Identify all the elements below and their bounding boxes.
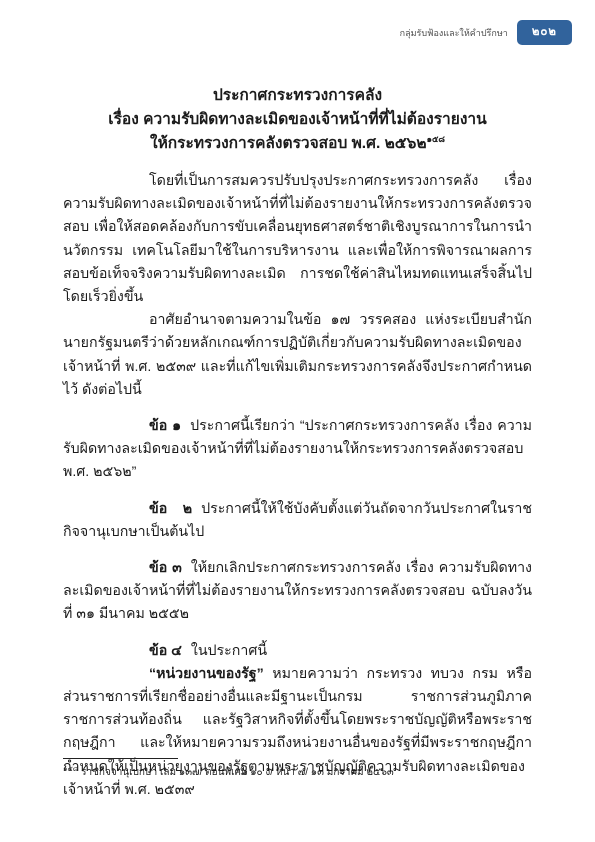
clause-2-label: ข้อ ๒ <box>149 501 192 517</box>
title-line-1: ประกาศกระทรวงการคลัง <box>63 84 532 108</box>
clause-1-label: ข้อ ๑ <box>149 418 181 434</box>
page-header: กลุ่มรับฟ้องและให้คำปรึกษา ๒๐๒ <box>400 20 572 45</box>
definition-term: “หน่วยงานของรัฐ” <box>149 666 264 682</box>
footnote: ๑๕๘ราชกิจจานุเบกษา เล่ม ๑๓๗/ ตอนพิเศษ ๑๐… <box>63 758 532 780</box>
clause-4-label: ข้อ ๔ <box>149 643 182 659</box>
header-group-label: กลุ่มรับฟ้องและให้คำปรึกษา <box>400 26 508 40</box>
preamble-paragraph-2: อาศัยอำนาจตามความในข้อ ๑๗ วรรคสอง แห่งระ… <box>63 309 532 402</box>
footnote-reference-superscript: ๑๕๘ <box>427 134 445 144</box>
footnote-marker: ๑๕๘ <box>63 766 78 773</box>
document-title: ประกาศกระทรวงการคลัง เรื่อง ความรับผิดทา… <box>63 84 532 156</box>
title-line-3-text: ให้กระทรวงการคลังตรวจสอบ พ.ศ. ๒๕๖๒ <box>150 135 427 152</box>
clause-1-text: ประกาศนี้เรียกว่า “ประกาศกระทรวงการคลัง … <box>63 418 532 480</box>
footnote-text-row: ๑๕๘ราชกิจจานุเบกษา เล่ม ๑๓๗/ ตอนพิเศษ ๑๐… <box>63 765 532 780</box>
clause-3-text: ให้ยกเลิกประกาศกระทรวงการคลัง เรื่อง ควา… <box>63 560 532 622</box>
clause-4: ข้อ ๔ในประกาศนี้ <box>63 640 532 663</box>
document-body: โดยที่เป็นการสมควรปรับปรุงประกาศกระทรวงก… <box>63 170 532 802</box>
clause-3-label: ข้อ ๓ <box>149 560 182 576</box>
title-line-3: ให้กระทรวงการคลังตรวจสอบ พ.ศ. ๒๕๖๒๑๕๘ <box>63 132 532 156</box>
page-number-badge: ๒๐๒ <box>517 20 572 45</box>
footnote-divider-rule <box>63 758 178 759</box>
definition-paragraph: “หน่วยงานของรัฐ” หมายความว่า กระทรวง ทบว… <box>63 663 532 802</box>
footnote-citation-text: ราชกิจจานุเบกษา เล่ม ๑๓๗/ ตอนพิเศษ ๑๐ ง/… <box>81 767 394 778</box>
clause-1: ข้อ ๑ประกาศนี้เรียกว่า “ประกาศกระทรวงการ… <box>63 415 532 485</box>
clause-2: ข้อ ๒ประกาศนี้ให้ใช้บังคับตั้งแต่วันถัดจ… <box>63 498 532 544</box>
title-line-2: เรื่อง ความรับผิดทางละเมิดของเจ้าหน้าที่… <box>63 108 532 132</box>
preamble-paragraph-1: โดยที่เป็นการสมควรปรับปรุงประกาศกระทรวงก… <box>63 170 532 309</box>
clause-4-text: ในประกาศนี้ <box>182 643 267 659</box>
document-page: กลุ่มรับฟ้องและให้คำปรึกษา ๒๐๒ ประกาศกระ… <box>0 0 595 842</box>
clause-2-text: ประกาศนี้ให้ใช้บังคับตั้งแต่วันถัดจากวัน… <box>63 501 532 540</box>
clause-3: ข้อ ๓ให้ยกเลิกประกาศกระทรวงการคลัง เรื่อ… <box>63 557 532 627</box>
